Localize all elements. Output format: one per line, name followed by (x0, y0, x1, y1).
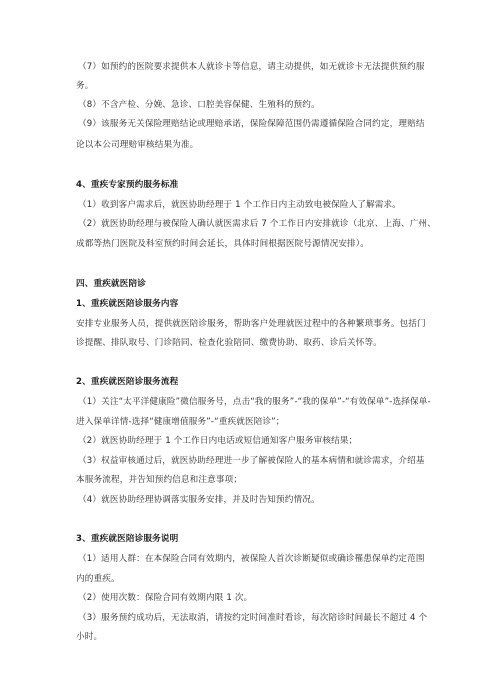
list-item: （1）关注“太平洋健康险”微信服务号，点击“我的服务”-“我的保单”-“有效保单… (78, 396, 431, 408)
paragraph-line: 进入保单详情-选择“健康增值服务”-“重疾就医陪诊”； (76, 416, 285, 428)
paragraph-line: 小时。 (76, 631, 102, 643)
paragraph-line: 诊提醒、排队取号、门诊陪同、检查化验陪同、缴费协助、取药、诊后关怀等。 (76, 337, 382, 349)
section-heading: 4、重疾专家预约服务标准 (76, 179, 178, 191)
list-item: （1）适用人群：在本保险合同有效期内，被保险人首次诊断疑似或确诊罹患保单约定范围 (78, 553, 425, 565)
list-item: （8）不含产检、分娩、急诊、口腔美容保健、生殖科的预约。 (78, 99, 320, 111)
list-item: （4）就医协助经理协调落实服务安排，并及时告知预约情况。 (78, 494, 320, 506)
list-item: （3）服务预约成功后，无法取消，请按约定时间准时看诊，每次陪诊时间最长不超过 4… (78, 612, 427, 624)
list-item: （2）使用次数：保险合同有效期内限 1 次。 (78, 592, 252, 604)
paragraph-line: 安排专业服务人员，提供就医陪诊服务，帮助客户处理就医过程中的各种繁琐事务。包括门 (76, 318, 426, 330)
paragraph-line: 成都等热门医院及科室预约时间会延长，具体时间根据医院号源情况安排）。 (76, 238, 369, 250)
paragraph-line: 本服务流程，并告知预约信息和注意事项； (76, 474, 242, 486)
paragraph-line: 务。 (76, 80, 94, 92)
list-item: （7）如预约的医院要求提供本人就诊卡等信息，请主动提供，如无就诊卡无法提供预约服 (78, 61, 425, 73)
list-item: （1）收到客户需求后，就医协助经理于 1 个工作日内主动致电被保险人了解需求。 (78, 199, 401, 211)
list-item: （3）权益审核通过后，就医协助经理进一步了解被保险人的基本病情和就诊需求，介绍基 (78, 455, 425, 467)
paragraph-line: 内的重疾。 (76, 573, 120, 585)
list-item: （9）该服务无关保险理赔结论或理赔承诺，保险保障范围仍需遵循保险合同约定，理赔结 (78, 118, 425, 130)
section-heading: 2、重疾就医陪诊服务流程 (76, 376, 178, 388)
section-heading: 1、重疾就医陪诊服务内容 (76, 298, 178, 310)
paragraph-line: 论以本公司理赔审核结果为准。 (76, 139, 198, 151)
list-item: （2）就医协助经理与被保险人确认就医需求后 7 个工作日内安排就诊（北京、上海、… (78, 218, 436, 230)
list-item: （2）就医协助经理于 1 个工作日内电话或短信通知客户服务审核结果； (78, 435, 357, 447)
section-heading: 3、重疾就医陪诊服务说明 (76, 533, 178, 545)
section-heading: 四、重疾就医陪诊 (76, 278, 146, 290)
